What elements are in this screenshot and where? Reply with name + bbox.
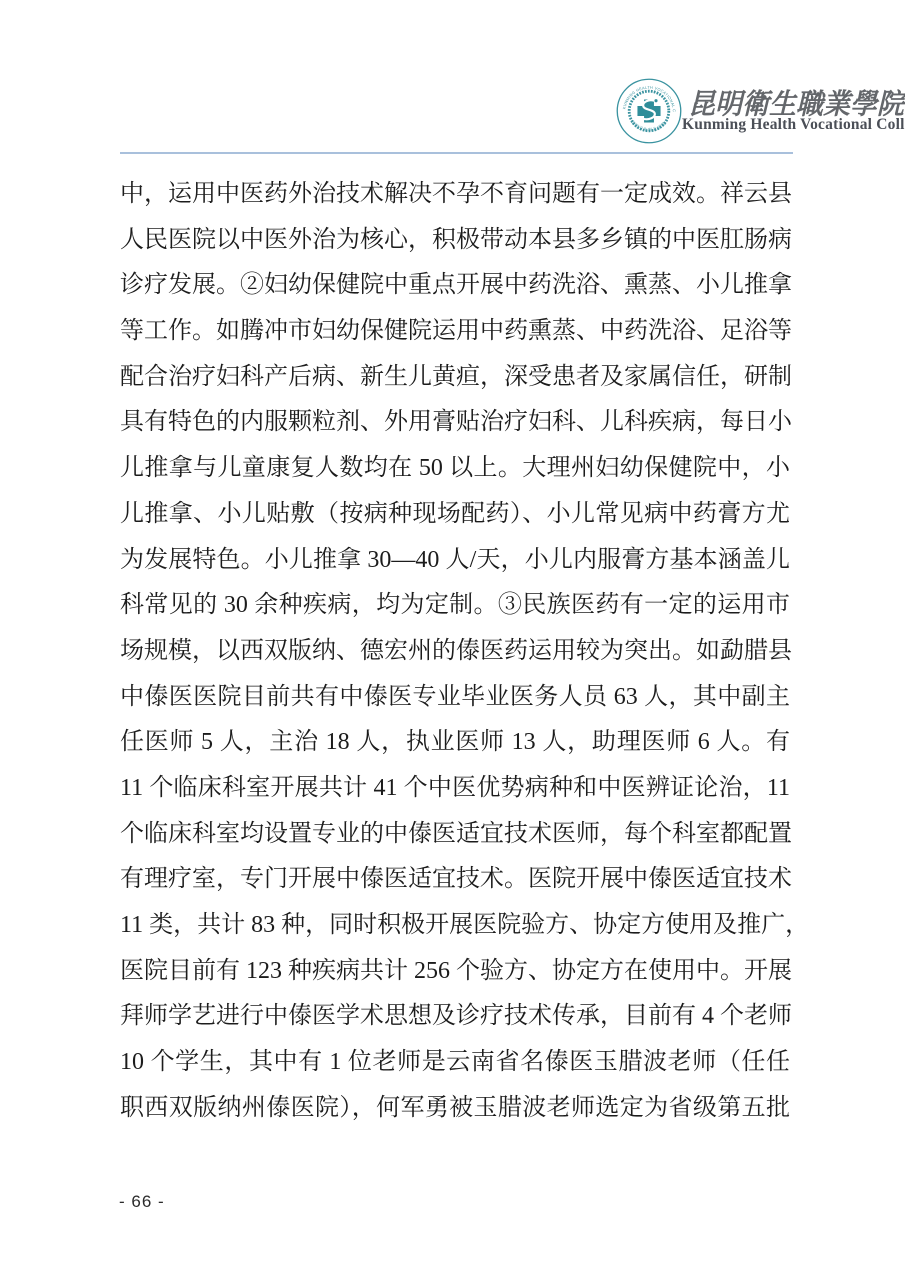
college-name-english: Kunming Health Vocational College: [682, 116, 882, 134]
college-seal-logo: KUNMING HEALTH VOCATIONAL COLLEGE 昆明卫生职业…: [616, 78, 682, 144]
document-page: KUNMING HEALTH VOCATIONAL COLLEGE 昆明卫生职业…: [0, 0, 905, 1280]
paragraph-line: 医院目前有 123 种疾病共计 256 个验方、协定方在使用中。开展: [120, 949, 790, 995]
paragraph-line: 人民医院以中医外治为核心，积极带动本县多乡镇的中医肛肠病: [120, 218, 790, 264]
paragraph-line: 诊疗发展。②妇幼保健院中重点开展中药洗浴、熏蒸、小儿推拿: [120, 263, 790, 309]
paragraph-line: 场规模，以西双版纳、德宏州的傣医药运用较为突出。如勐腊县: [120, 629, 790, 675]
paragraph-line: 职西双版纳州傣医院），何军勇被玉腊波老师选定为省级第五批: [120, 1086, 790, 1132]
paragraph-line: 等工作。如腾冲市妇幼保健院运用中药熏蒸、中药洗浴、足浴等: [120, 309, 790, 355]
paragraph-line: 有理疗室，专门开展中傣医适宜技术。医院开展中傣医适宜技术: [120, 857, 790, 903]
paragraph-line: 11 类，共计 83 种，同时积极开展医院验方、协定方使用及推广，: [120, 903, 790, 949]
paragraph-line: 儿推拿、小儿贴敷（按病种现场配药）、小儿常见病中药膏方尤: [120, 492, 790, 538]
paragraph-line: 10 个学生，其中有 1 位老师是云南省名傣医玉腊波老师（任任: [120, 1040, 790, 1086]
paragraph-line: 为发展特色。小儿推拿 30—40 人/天，小儿内服膏方基本涵盖儿: [120, 538, 790, 584]
paragraph-line: 拜师学艺进行中傣医学术思想及诊疗技术传承，目前有 4 个老师: [120, 994, 790, 1040]
paragraph-line: 配合治疗妇科产后病、新生儿黄疸，深受患者及家属信任，研制: [120, 355, 790, 401]
paragraph-line: 中傣医医院目前共有中傣医专业毕业医务人员 63 人，其中副主: [120, 675, 790, 721]
paragraph-line: 个临床科室均设置专业的中傣医适宜技术医师，每个科室都配置: [120, 812, 790, 858]
paragraph-line: 中，运用中医药外治技术解决不孕不育问题有一定成效。祥云县: [120, 172, 790, 218]
document-body: 中，运用中医药外治技术解决不孕不育问题有一定成效。祥云县 人民医院以中医外治为核…: [120, 172, 790, 1131]
paragraph-line: 具有特色的内服颗粒剂、外用膏贴治疗妇科、儿科疾病，每日小: [120, 400, 790, 446]
paragraph-line: 科常见的 30 余种疾病，均为定制。③民族医药有一定的运用市: [120, 583, 790, 629]
page-number: - 66 -: [119, 1192, 165, 1212]
header-divider: [120, 152, 793, 154]
page-header: KUNMING HEALTH VOCATIONAL COLLEGE 昆明卫生职业…: [612, 72, 884, 142]
paragraph-line: 任医师 5 人，主治 18 人，执业医师 13 人，助理医师 6 人。有: [120, 720, 790, 766]
college-name-calligraphy: 昆明衛生職業學院: [688, 81, 880, 115]
paragraph-line: 11 个临床科室开展共计 41 个中医优势病种和中医辨证论治，11: [120, 766, 790, 812]
paragraph-line: 儿推拿与儿童康复人数均在 50 以上。大理州妇幼保健院中，小: [120, 446, 790, 492]
